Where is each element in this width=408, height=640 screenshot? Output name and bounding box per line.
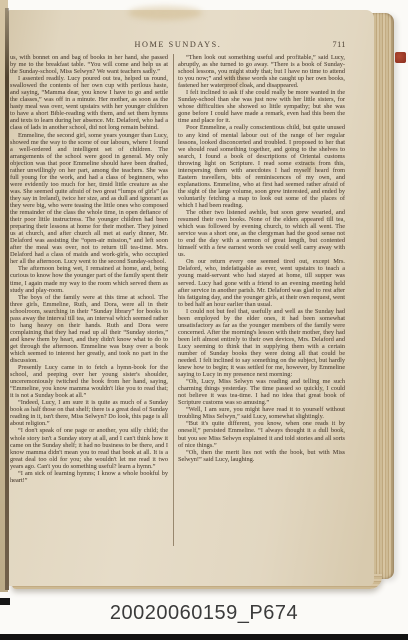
paragraph: The afternoon being wet, I remained at h… [10, 265, 168, 293]
page-number: 711 [333, 40, 346, 49]
column-divider-rule [173, 54, 174, 546]
paragraph: “I am sick of learning hymns; I know a w… [10, 470, 168, 484]
left-column: us, with bonnet on and bag of books in h… [10, 54, 168, 552]
page-header: HOME SUNDAYS. 711 [10, 40, 346, 52]
running-title: HOME SUNDAYS. [10, 40, 346, 49]
book-page: HOME SUNDAYS. 711 us, with bonnet on and… [8, 10, 374, 586]
paragraph: “Oh, Lucy, Miss Selwyn was reading and t… [178, 378, 345, 406]
paragraph: “But it's quite different, you know, whe… [178, 420, 345, 448]
paragraph: On our return every one seemed tired out… [178, 258, 345, 307]
paragraph: I could not but feel that, usefully and … [178, 308, 345, 378]
scanner-bottom-bar [0, 634, 408, 640]
paragraph: The other two listened awhile, but soon … [178, 209, 345, 258]
paragraph: I assented readily. Lucy poured out tea,… [10, 75, 168, 131]
book-scan-photo: HOME SUNDAYS. 711 us, with bonnet on and… [0, 0, 408, 640]
foxing-stain [128, 6, 202, 20]
scan-id-label: 20020060159_P674 [0, 602, 408, 625]
paragraph: The boys of the family were at this time… [10, 294, 168, 364]
paragraph: “I don't speak of one page or another, y… [10, 427, 168, 469]
paragraph: us, with bonnet on and bag of books in h… [10, 54, 168, 75]
binding-gutter-shadow [5, 8, 9, 590]
paragraph: I felt inclined to ask if she could real… [178, 89, 345, 124]
paragraph: Presently Lucy came in to fetch a hymn-b… [10, 364, 168, 399]
paragraph: “Then look out something useful and prof… [178, 54, 345, 89]
red-edge-mark [395, 52, 406, 63]
paragraph: Poor Emmeline, a really conscientious ch… [178, 124, 345, 209]
paragraph: “Well, I am sure, you might have read it… [178, 406, 345, 420]
paragraph: “Oh, then the merit lies not with the bo… [178, 449, 345, 463]
right-column: “Then look out something useful and prof… [178, 54, 345, 552]
paragraph: Emmeline, the second girl, some years yo… [10, 132, 168, 266]
fore-edge-page-stack [371, 13, 394, 579]
text-columns: us, with bonnet on and bag of books in h… [10, 54, 345, 552]
paragraph: “Indeed, Lucy, I am sure it is quite as … [10, 399, 168, 427]
